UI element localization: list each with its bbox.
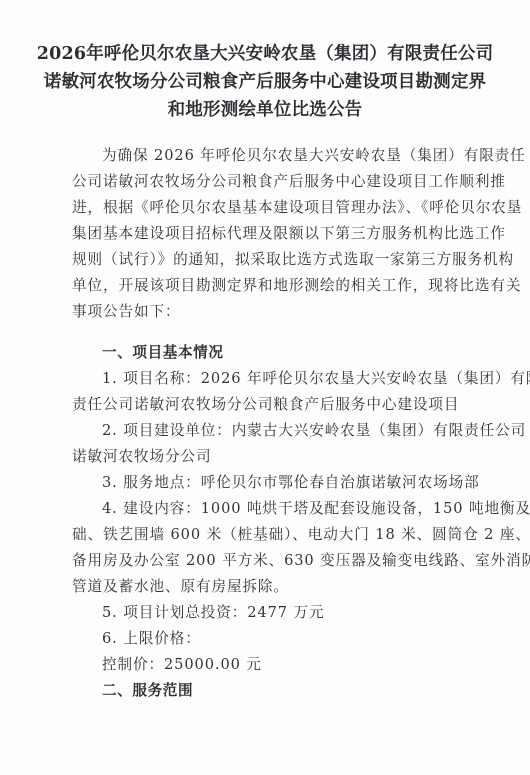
- intro-line: 规则（试行）》的通知，拟采取比选方式选取一家第三方服务机构: [72, 247, 474, 273]
- intro-line: 集团基本建设项目招标代理及限额以下第三方服务机构比选工作: [72, 221, 474, 247]
- section-heading-service-scope: 二、服务范围: [72, 678, 474, 704]
- intro-line: 事项公告如下：: [72, 299, 474, 325]
- document-title: 2026年呼伦贝尔农垦大兴安岭农垦（集团）有限责任公司 诺敏河农牧场分公司粮食产…: [0, 40, 530, 124]
- section-project-info: 一、项目基本情况 1. 项目名称：2026 年呼伦贝尔农垦大兴安岭农垦（集团）有…: [72, 340, 474, 704]
- intro-line: 为确保 2026 年呼伦贝尔农垦大兴安岭农垦（集团）有限责任: [72, 143, 474, 169]
- item-service-location: 3. 服务地点：呼伦贝尔市鄂伦春自治旗诺敏河农场场部: [72, 470, 474, 496]
- item-construction-content-cont: 管道及蓄水池、原有房屋拆除。: [72, 574, 474, 600]
- document-page: 2026年呼伦贝尔农垦大兴安岭农垦（集团）有限责任公司 诺敏河农牧场分公司粮食产…: [0, 0, 530, 775]
- intro-line: 单位，开展该项目勘测定界和地形测绘的相关工作，现将比选有关: [72, 273, 474, 299]
- item-construction-content-cont: 备用房及办公室 200 平方米、630 变压器及输变电线路、室外消防: [72, 548, 474, 574]
- intro-line: 公司诺敏河农牧场分公司粮食产后服务中心建设项目工作顺利推: [72, 169, 474, 195]
- item-total-investment: 5. 项目计划总投资：2477 万元: [72, 600, 474, 626]
- item-price-cap: 6. 上限价格：: [72, 626, 474, 652]
- item-construction-content: 4. 建设内容：1000 吨烘干塔及配套设施设备，150 吨地衡及基: [72, 496, 474, 522]
- item-construction-content-cont: 础、铁艺围墙 600 米（桩基础）、电动大门 18 米、圆筒仓 2 座、设: [72, 522, 474, 548]
- intro-line: 进，根据《呼伦贝尔农垦基本建设项目管理办法》、《呼伦贝尔农垦: [72, 195, 474, 221]
- title-line-3: 和地形测绘单位比选公告: [0, 96, 530, 124]
- item-project-name-cont: 责任公司诺敏河农牧场分公司粮食产后服务中心建设项目: [72, 392, 474, 418]
- item-construction-unit: 2. 项目建设单位：内蒙古大兴安岭农垦（集团）有限责任公司: [72, 418, 474, 444]
- intro-paragraph: 为确保 2026 年呼伦贝尔农垦大兴安岭农垦（集团）有限责任 公司诺敏河农牧场分…: [72, 143, 474, 325]
- item-control-price: 控制价：25000.00 元: [72, 652, 474, 678]
- item-project-name: 1. 项目名称：2026 年呼伦贝尔农垦大兴安岭农垦（集团）有限: [72, 366, 474, 392]
- title-line-2: 诺敏河农牧场分公司粮食产后服务中心建设项目勘测定界: [0, 68, 530, 96]
- title-line-1: 2026年呼伦贝尔农垦大兴安岭农垦（集团）有限责任公司: [0, 40, 530, 68]
- item-construction-unit-cont: 诺敏河农牧场分公司: [72, 444, 474, 470]
- section-heading-project-info: 一、项目基本情况: [72, 340, 474, 366]
